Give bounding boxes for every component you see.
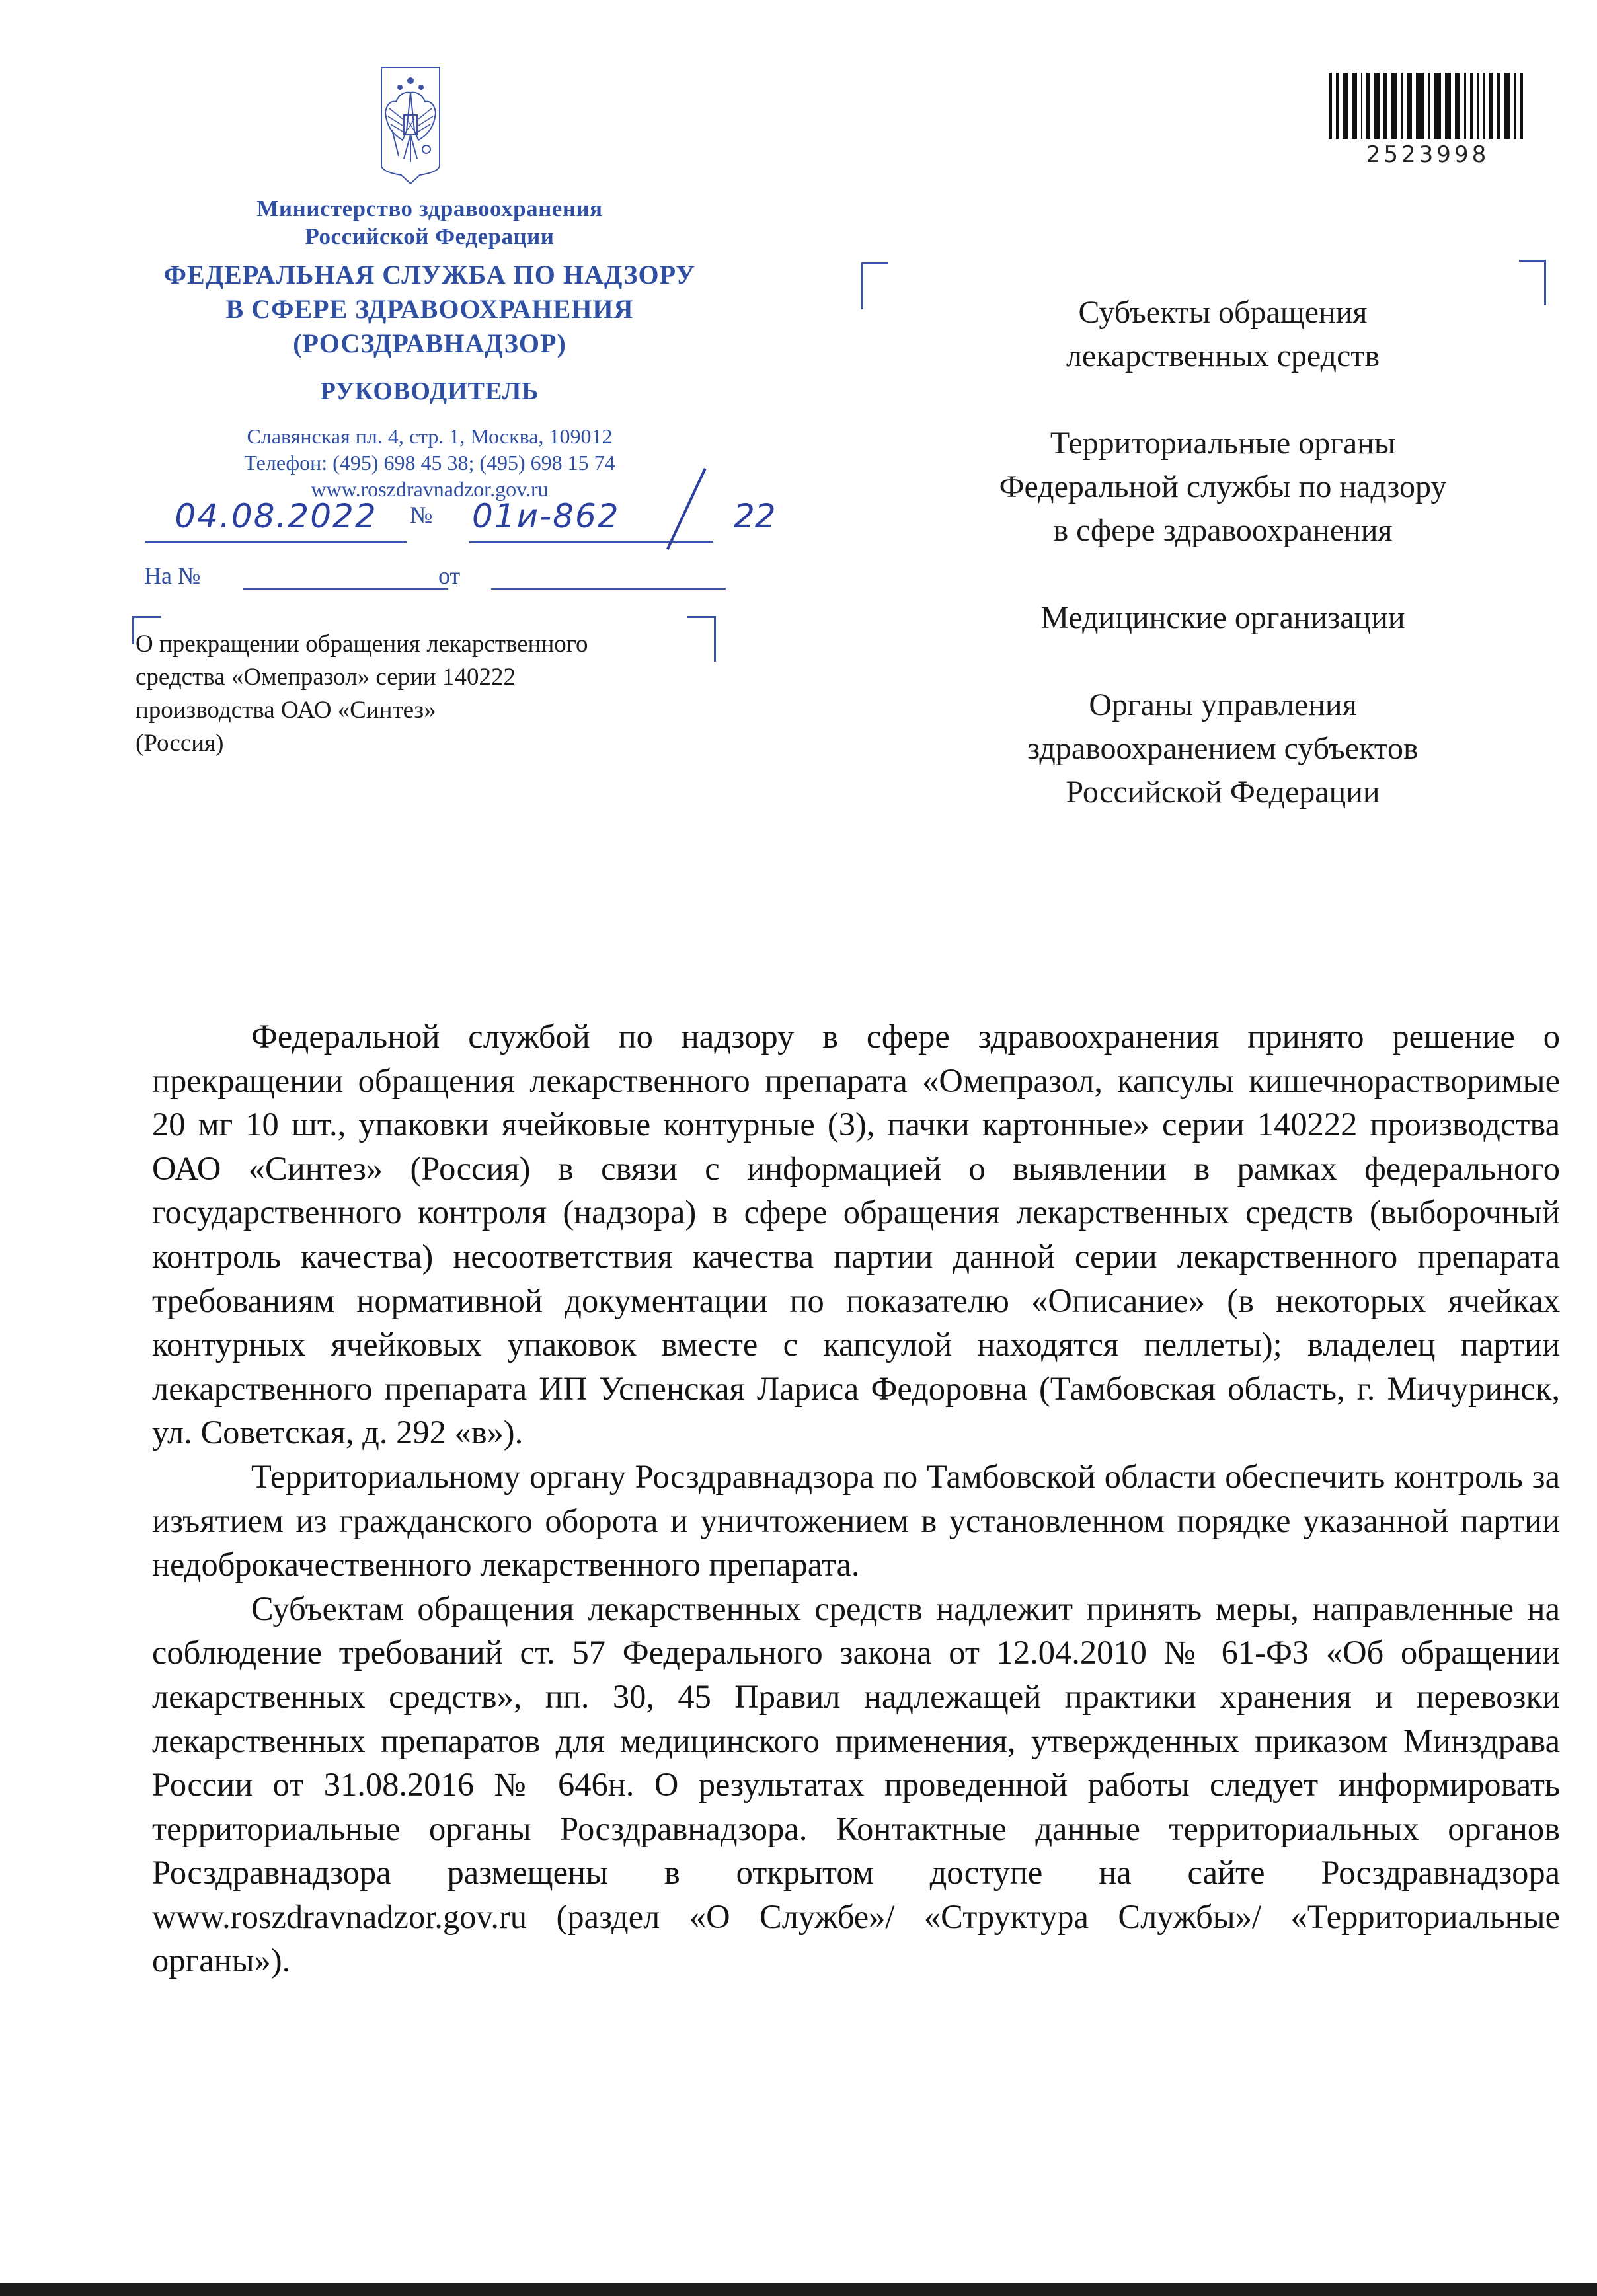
registration-number: 01и-862 [469, 494, 713, 543]
scan-edge [0, 2283, 1597, 2296]
ministry-name: Министерство здравоохранения Российской … [132, 195, 727, 250]
addressee-item: Медицинские организации [859, 596, 1586, 640]
postal-address: Славянская пл. 4, стр. 1, Москва, 109012 [132, 423, 727, 449]
addressee-item: Территориальные органы Федеральной служб… [859, 422, 1586, 553]
body-paragraph: Территориальному органу Росздравнадзора … [152, 1455, 1560, 1587]
number-label: № [410, 501, 432, 529]
addressee-item: Субъекты обращения лекарственных средств [859, 291, 1586, 378]
reference-row: На № от [144, 562, 726, 595]
reference-number-blank [243, 588, 448, 590]
phone-numbers: Телефон: (495) 698 45 38; (495) 698 15 7… [132, 449, 727, 476]
barcode-icon [1329, 73, 1527, 139]
russian-coat-of-arms-icon [380, 66, 441, 185]
body-paragraph: Субъектам обращения лекарственных средст… [152, 1587, 1560, 1983]
reference-number-label: На № [144, 562, 200, 590]
position-title: РУКОВОДИТЕЛЬ [132, 377, 727, 406]
registration-date: 04.08.2022 [145, 494, 407, 543]
addressee-list: Субъекты обращения лекарственных средств… [859, 291, 1586, 858]
registration-number-suffix: 22 [734, 494, 776, 538]
addressee-item: Органы управления здравоохранением субъе… [859, 683, 1586, 814]
letter-body: Федеральной службой по надзору в сфере з… [152, 1014, 1560, 1983]
subject-block: О прекращении обращения лекарственного с… [136, 628, 717, 760]
contact-block: Славянская пл. 4, стр. 1, Москва, 109012… [132, 423, 727, 502]
document-barcode: 2523998 [1329, 73, 1527, 159]
body-paragraph: Федеральной службой по надзору в сфере з… [152, 1014, 1560, 1455]
service-name: ФЕДЕРАЛЬНАЯ СЛУЖБА ПО НАДЗОРУ В СФЕРЕ ЗД… [132, 258, 727, 361]
reference-date-blank [491, 588, 726, 590]
barcode-number: 2523998 [1329, 141, 1527, 168]
registration-row: 04.08.2022 № 01и-862 22 [145, 494, 793, 547]
reference-date-label: от [438, 562, 460, 590]
